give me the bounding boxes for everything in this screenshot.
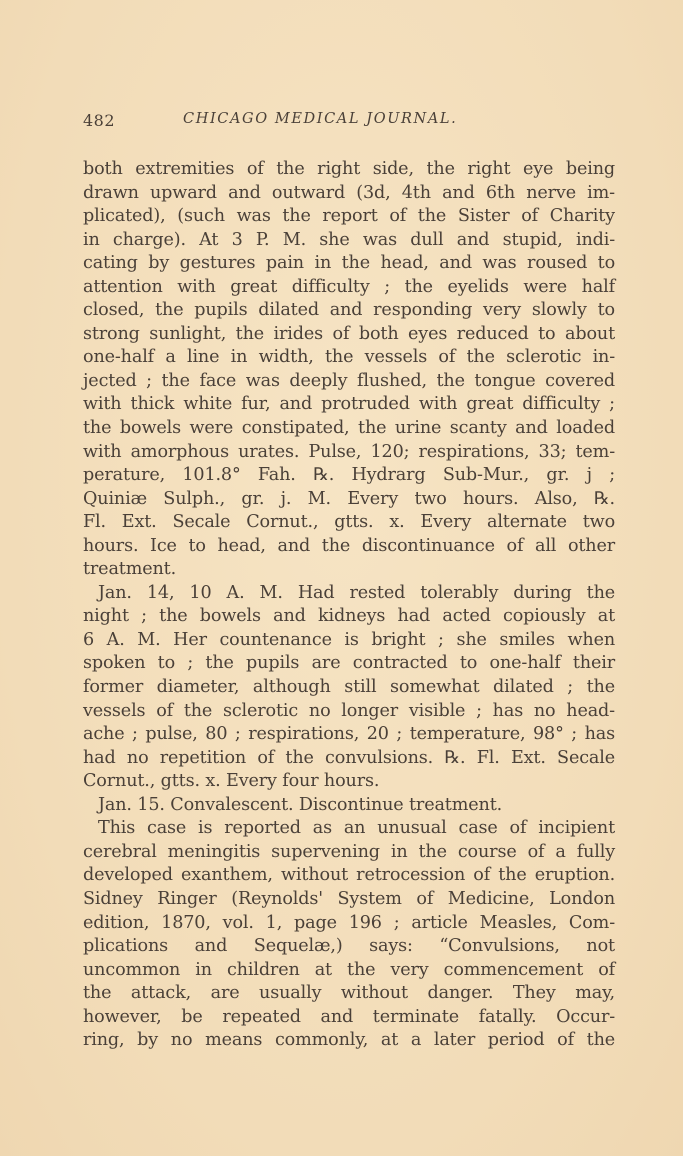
text-line: one-half a line in width, the vessels of…: [83, 346, 615, 370]
text-line: however, be repeated and terminate fatal…: [83, 1006, 615, 1030]
text-line: the attack, are usually without danger. …: [83, 982, 615, 1006]
text-line: spoken to ; the pupils are contracted to…: [83, 652, 615, 676]
text-line: hours. Ice to head, and the discontinuan…: [83, 535, 615, 559]
text-line: ring, by no means commonly, at a later p…: [83, 1029, 615, 1053]
text-line: night ; the bowels and kidneys had acted…: [83, 605, 615, 629]
text-line: cating by gestures pain in the head, and…: [83, 252, 615, 276]
text-line: vessels of the sclerotic no longer visib…: [83, 700, 615, 724]
text-line: Quiniæ Sulph., gr. j. M. Every two hours…: [83, 488, 615, 512]
journal-page: 482 CHICAGO MEDICAL JOURNAL. both extrem…: [83, 108, 615, 1053]
text-line: Sidney Ringer (Reynolds' System of Medic…: [83, 888, 615, 912]
text-line: developed exanthem, without retrocession…: [83, 864, 615, 888]
text-line: had no repetition of the convulsions. ℞.…: [83, 747, 615, 771]
text-line: the bowels were constipated, the urine s…: [83, 417, 615, 441]
page-number: 482: [83, 111, 115, 130]
text-line: with amorphous urates. Pulse, 120; respi…: [83, 441, 615, 465]
text-line: closed, the pupils dilated and respondin…: [83, 299, 615, 323]
running-head: 482 CHICAGO MEDICAL JOURNAL.: [83, 108, 615, 138]
text-line: jected ; the face was deeply flushed, th…: [83, 370, 615, 394]
text-line: 6 A. M. Her countenance is bright ; she …: [83, 629, 615, 653]
text-line: edition, 1870, vol. 1, page 196 ; articl…: [83, 912, 615, 936]
journal-title: CHICAGO MEDICAL JOURNAL.: [183, 111, 457, 127]
text-line: ache ; pulse, 80 ; respirations, 20 ; te…: [83, 723, 615, 747]
text-line: both extremities of the right side, the …: [83, 158, 615, 182]
text-line: strong sunlight, the irides of both eyes…: [83, 323, 615, 347]
text-line: former diameter, although still somewhat…: [83, 676, 615, 700]
text-line: Cornut., gtts. x. Every four hours.: [83, 770, 615, 794]
body-text: both extremities of the right side, the …: [83, 158, 615, 1053]
text-line: uncommon in children at the very commenc…: [83, 959, 615, 983]
text-line: cerebral meningitis supervening in the c…: [83, 841, 615, 865]
paragraph-start-line: Jan. 15. Convalescent. Discontinue treat…: [83, 794, 615, 818]
text-line: plicated), (such was the report of the S…: [83, 205, 615, 229]
paragraph-start-line: This case is reported as an unusual case…: [83, 817, 615, 841]
text-line: treatment.: [83, 558, 615, 582]
text-line: with thick white fur, and protruded with…: [83, 393, 615, 417]
text-line: attention with great difficulty ; the ey…: [83, 276, 615, 300]
paragraph-start-line: Jan. 14, 10 A. M. Had rested tolerably d…: [83, 582, 615, 606]
text-line: perature, 101.8° Fah. ℞. Hydrarg Sub-Mur…: [83, 464, 615, 488]
text-line: in charge). At 3 P. M. she was dull and …: [83, 229, 615, 253]
text-line: drawn upward and outward (3d, 4th and 6t…: [83, 182, 615, 206]
text-line: plications and Sequelæ,) says: “Convulsi…: [83, 935, 615, 959]
text-line: Fl. Ext. Secale Cornut., gtts. x. Every …: [83, 511, 615, 535]
